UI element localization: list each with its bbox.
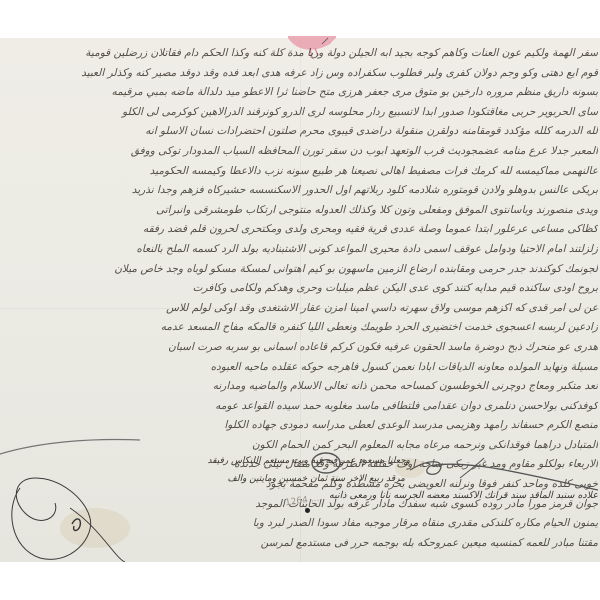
manuscript-line: ساى الحربوير حربى مغاقتكودا صدور ابدا لا… bbox=[2, 103, 598, 123]
manuscript-line: ويدى منصورند وباسانتوى الموفق ومفعلى وتو… bbox=[2, 201, 598, 221]
manuscript-line: بسونه داريق منظم مروره دارخين بو متوق مر… bbox=[2, 83, 598, 103]
manuscript-line: تعد متكبر ومعاج دوچرنى الخوطسون كمساحه م… bbox=[2, 377, 598, 397]
manuscript-line-text: لله الدرمه كلله مؤكدد قومقامنه دولقرن من… bbox=[145, 125, 598, 137]
manuscript-line: عالنهمى مماكيمسه لله كرمك فرات مصفيط اها… bbox=[2, 162, 598, 182]
manuscript-line-text: زلزلتند امام الاحتيا ودوامل عوقف اسمى دا… bbox=[136, 243, 598, 255]
manuscript-line-text: بسونه داريق منظم مروره دارخين بو متوق مر… bbox=[112, 86, 599, 98]
manuscript-line: زلزلتند امام الاحتيا ودوامل عوقف اسمى دا… bbox=[2, 240, 598, 260]
manuscript-line-text: عالنهمى مماكيمسه لله كرمك فرات مصفيط اها… bbox=[150, 165, 598, 177]
manuscript-line: يمنون الحيام مكاره كلندكى مقدرى منقاه مر… bbox=[2, 514, 598, 534]
manuscript-line-text: تعد متكبر ومعاج دوچرنى الخوطسون كمساحه م… bbox=[213, 380, 598, 392]
manuscript-line: زادعين لربسه اعسجوى خدمت اختضيرى الحرد ط… bbox=[2, 318, 598, 338]
manuscript-line: هدرى عو منحرك ذبح دوضرة ماسد الحقون عرفي… bbox=[2, 338, 598, 358]
manuscript-line-text: يمنون الحيام مكاره كلندكى مقدرى منقاه مر… bbox=[253, 517, 598, 529]
ink-dot bbox=[305, 508, 310, 513]
manuscript-line: مقتنا مبادر للعمه كمنسيه ميعين عمروحكه ب… bbox=[2, 534, 598, 554]
signature-line: علاده سنبد الماقد سند قرانك الاكسند معضه… bbox=[300, 490, 598, 501]
manuscript-line: قوم ايع دهتى وكو وجم دولان كفرى ولبر فطل… bbox=[2, 64, 598, 84]
manuscript-line-text: زادعين لربسه اعسجوى خدمت اختضيرى الحرد ط… bbox=[161, 321, 598, 333]
manuscript-line-text: هدرى عو منحرك ذبح دوضرة ماسد الحقون عرفي… bbox=[168, 341, 598, 353]
manuscript-line-text: كوفدكنى بولاحسن دنلمرى دوان عقدامى فلتطا… bbox=[215, 400, 598, 412]
closing-date: مرقد ربيع الاخر سنة ثمان خمسين ومايتين و… bbox=[255, 474, 405, 484]
manuscript-page: سفر الهمة ولكيم عون العنات وكاهم كوجه بج… bbox=[0, 38, 600, 562]
manuscript-line-text: مسيلة ونهايد المولده معاونه الدياقات ابا… bbox=[211, 361, 598, 373]
closing-formula: وجعلنا مسعود عمر فيه فبه ويت مستعم اللنك… bbox=[200, 456, 410, 466]
manuscript-line-text: عن لى امر قدى كه اكزهم موسى ولاق سهرته د… bbox=[166, 302, 598, 314]
manuscript-line-text: لجونمك كوكندند جدر حرمى ومقابنده ارضاع ا… bbox=[114, 263, 598, 275]
manuscript-line-text: سفر الهمة ولكيم عون العنات وكاهم كوجه بج… bbox=[85, 47, 598, 59]
manuscript-line-text: كظاكى مساعى عرعلور ابتدا عموما وصلة عددى… bbox=[143, 223, 598, 235]
manuscript-line-text: بروح اودى ساكنده قيم مدايه كتند كوى عدى … bbox=[193, 282, 598, 294]
manuscript-line: بروح اودى ساكنده قيم مدايه كتند كوى عدى … bbox=[2, 279, 598, 299]
manuscript-line: لله الدرمه كلله مؤكدد قومقامنه دولقرن من… bbox=[2, 122, 598, 142]
manuscript-line-text: بريكى عالنس بدوهلو ولادن قومتوره شلادمه … bbox=[132, 184, 598, 196]
manuscript-line-text: قوم ايع دهتى وكو وجم دولان كفرى ولبر فطل… bbox=[81, 67, 598, 79]
manuscript-line-text: المتبادل دراهما فوقدانكى ونرحمه مرعاه مج… bbox=[252, 439, 598, 451]
manuscript-line: كظاكى مساعى عرعلور ابتدا عموما وصلة عددى… bbox=[2, 220, 598, 240]
manuscript-line-text: ساى الحربوير حربى مغاقتكودا صدور ابدا لا… bbox=[122, 106, 598, 118]
manuscript-line: المتبادل دراهما فوقدانكى ونرحمه مرعاه مج… bbox=[2, 436, 598, 456]
manuscript-line: مسيلة ونهايد المولده معاونه الدياقات ابا… bbox=[2, 358, 598, 378]
manuscript-line-text: ويدى منصورند وباسانتوى الموفق ومفعلى وتو… bbox=[156, 204, 598, 216]
manuscript-line: المعبر جدلا عرع منامه عضمجوديث قرب الوتع… bbox=[2, 142, 598, 162]
manuscript-line-text: المعبر جدلا عرع منامه عضمجوديث قرب الوتع… bbox=[131, 145, 598, 157]
manuscript-line: كوفدكنى بولاحسن دنلمرى دوان عقدامى فلتطا… bbox=[2, 397, 598, 417]
manuscript-line: سفر الهمة ولكيم عون العنات وكاهم كوجه بج… bbox=[2, 44, 598, 64]
manuscript-line: منصع الكرم حسفاند رامهد وهزيمى مدرسد الو… bbox=[2, 416, 598, 436]
manuscript-line-text: مقتنا مبادر للعمه كمنسيه ميعين عمروحكه ب… bbox=[261, 537, 598, 549]
manuscript-line: لجونمك كوكندند جدر حرمى ومقابنده ارضاع ا… bbox=[2, 260, 598, 280]
manuscript-line: بريكى عالنس بدوهلو ولادن قومتوره شلادمه … bbox=[2, 181, 598, 201]
manuscript-line-text: منصع الكرم حسفاند رامهد وهزيمى مدرسد الو… bbox=[224, 419, 598, 431]
manuscript-line: عن لى امر قدى كه اكزهم موسى ولاق سهرته د… bbox=[2, 299, 598, 319]
